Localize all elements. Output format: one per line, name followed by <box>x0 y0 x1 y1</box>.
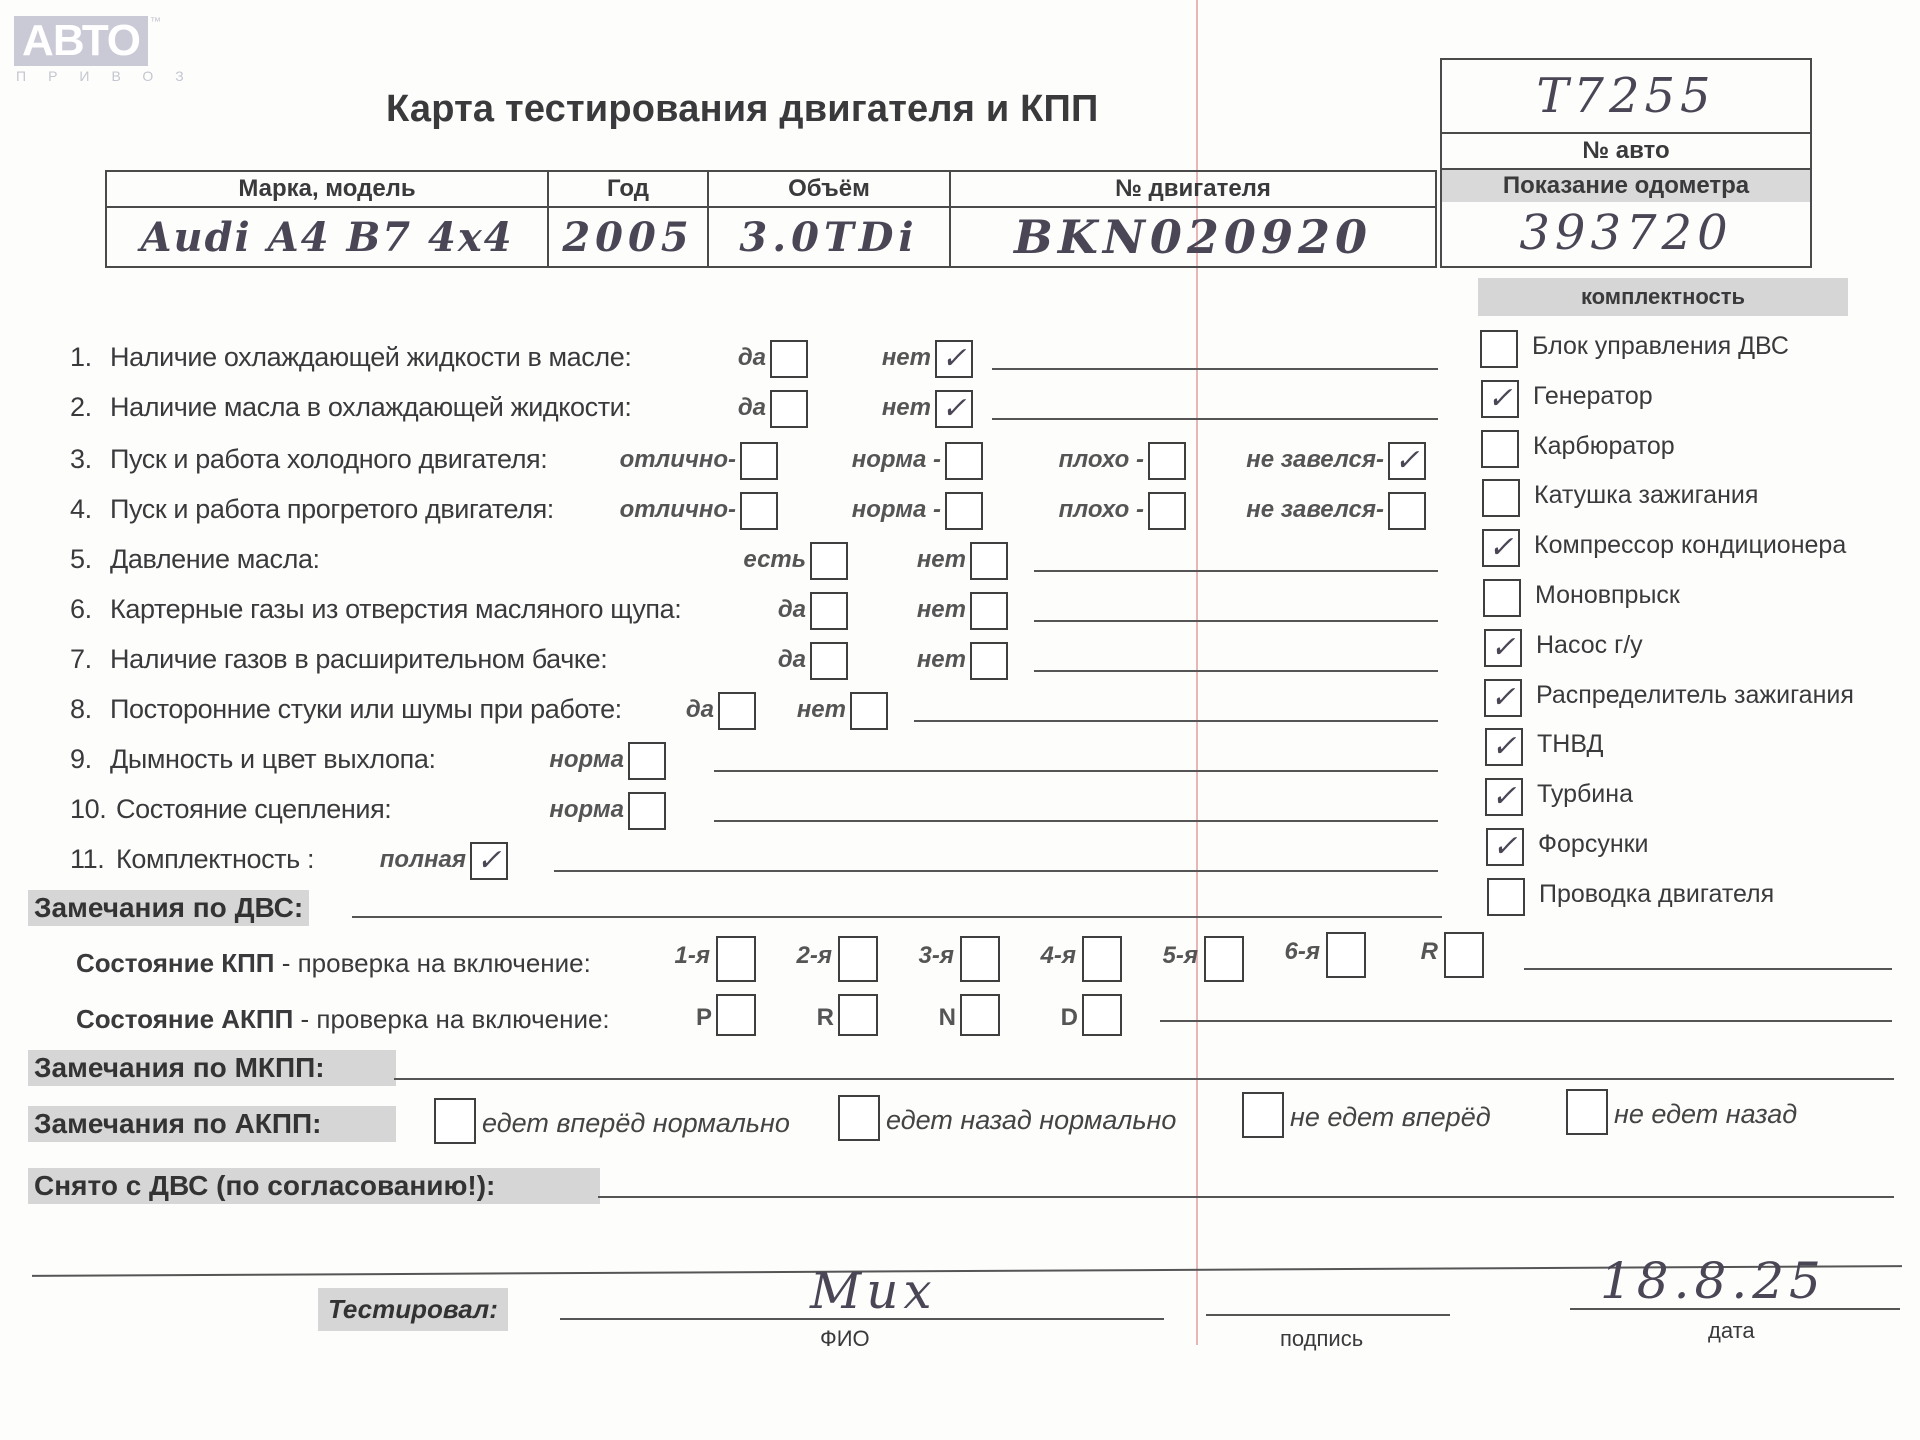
question-text: Наличие газов в расширительном бачке: <box>110 644 607 675</box>
checkbox[interactable] <box>740 442 778 480</box>
date-line[interactable] <box>1570 1308 1900 1310</box>
option-label: нет <box>882 344 931 372</box>
checkbox[interactable] <box>628 792 666 830</box>
logo-subtitle: ПРИВОЗ <box>16 68 206 84</box>
remark-line[interactable] <box>554 870 1438 872</box>
gear-checkbox[interactable] <box>1204 936 1244 982</box>
checkbox[interactable]: ✓ <box>935 340 973 378</box>
tester-name-line[interactable] <box>560 1318 1164 1320</box>
logo-trademark: ™ <box>150 16 161 28</box>
kit-checkbox[interactable]: ✓ <box>1485 778 1523 816</box>
option-label: плохо - <box>1059 446 1144 474</box>
kit-checkbox[interactable]: ✓ <box>1484 629 1522 667</box>
option-label: нет <box>917 546 966 574</box>
remark-line[interactable] <box>1034 570 1438 572</box>
checkbox[interactable] <box>810 592 848 630</box>
gear-label: P <box>696 1004 712 1032</box>
gear-checkbox[interactable] <box>838 936 878 982</box>
question-number: 9. <box>70 744 92 775</box>
gear-checkbox[interactable] <box>960 936 1000 982</box>
kit-checkbox[interactable] <box>1482 479 1520 517</box>
signature-line[interactable] <box>1206 1314 1450 1316</box>
remark-line[interactable] <box>714 820 1438 822</box>
tested-label: Тестировал: <box>318 1288 508 1331</box>
date-caption: дата <box>1708 1318 1755 1344</box>
question-text: Посторонние стуки или шумы при работе: <box>110 694 622 725</box>
option-label: не завелся- <box>1246 446 1384 474</box>
option-label: норма - <box>852 446 941 474</box>
gear-checkbox[interactable] <box>838 994 878 1036</box>
checkbox[interactable] <box>970 542 1008 580</box>
checkbox[interactable] <box>770 390 808 428</box>
kit-item-label: Карбюратор <box>1533 432 1675 461</box>
gear-label: 6-я <box>1285 938 1320 966</box>
gear-checkbox[interactable] <box>1082 936 1122 982</box>
question-text: Картерные газы из отверстия масляного щу… <box>110 594 681 625</box>
signature-caption: подпись <box>1280 1326 1363 1352</box>
option-label: да <box>778 596 806 624</box>
kit-item-label: Проводка двигателя <box>1539 880 1774 909</box>
remark-line[interactable] <box>1034 670 1438 672</box>
page-title: Карта тестирования двигателя и КПП <box>386 88 1099 131</box>
manual-gearbox-label-rest: - проверка на включение: <box>275 948 591 978</box>
gear-checkbox[interactable] <box>716 994 756 1036</box>
question-text: Наличие масла в охлаждающей жидкости: <box>110 392 631 423</box>
option-label: да <box>778 646 806 674</box>
question-number: 6. <box>70 594 92 625</box>
option-label: нет <box>797 696 846 724</box>
kit-item-label: Генератор <box>1533 382 1653 411</box>
manual-remarks-line[interactable] <box>394 1078 1894 1080</box>
auto-number-value[interactable]: T7255 <box>1442 60 1810 134</box>
question-number: 3. <box>70 444 92 475</box>
akpp-checkbox[interactable] <box>1242 1092 1284 1138</box>
year-value[interactable]: 2005 <box>548 207 708 267</box>
kit-item-label: Форсунки <box>1538 830 1649 859</box>
question-text: Давление масла: <box>110 544 320 575</box>
date-value[interactable]: 18.8.25 <box>1600 1252 1826 1310</box>
odometer-value[interactable]: 393720 <box>1442 202 1810 264</box>
manual-remarks-label: Замечания по МКПП: <box>28 1050 396 1086</box>
option-label: отлично- <box>620 496 736 524</box>
remark-line[interactable] <box>992 418 1438 420</box>
kit-checkbox[interactable]: ✓ <box>1485 728 1523 766</box>
checkbox[interactable] <box>1148 442 1186 480</box>
gear-label: 2-я <box>797 942 832 970</box>
checkbox[interactable]: ✓ <box>470 842 508 880</box>
question-number: 11. <box>70 844 104 875</box>
question-number: 10. <box>70 794 106 825</box>
auto-remarks-label: Замечания по АКПП: <box>28 1106 396 1142</box>
vehicle-info-table: Марка, модель Год Объём № двигателя Audi… <box>105 170 1437 268</box>
gear-checkbox[interactable] <box>1326 932 1366 978</box>
col-year: Год <box>548 171 708 207</box>
checkbox[interactable]: ✓ <box>935 390 973 428</box>
auto-gearbox-label-rest: - проверка на включение: <box>293 1004 609 1034</box>
gear-label: D <box>1061 1004 1078 1032</box>
checkbox[interactable] <box>718 692 756 730</box>
engine-remarks-label: Замечания по ДВС: <box>28 890 309 926</box>
make-model-value[interactable]: Audi A4 B7 4x4 <box>106 207 548 267</box>
col-engine-number: № двигателя <box>950 171 1436 207</box>
option-label: не завелся- <box>1246 496 1384 524</box>
tester-name-value[interactable]: Мих <box>810 1262 937 1320</box>
akpp-checkbox[interactable] <box>434 1098 476 1144</box>
auto-gearbox-label-bold: Состояние АКПП <box>76 1004 293 1034</box>
kit-checkbox[interactable]: ✓ <box>1481 380 1519 418</box>
odometer-label: Показание одометра <box>1442 170 1810 202</box>
col-volume: Объём <box>708 171 950 207</box>
option-label: нет <box>917 596 966 624</box>
gear-label: 3-я <box>919 942 954 970</box>
kit-item-label: Блок управления ДВС <box>1532 332 1789 361</box>
checkbox[interactable] <box>970 642 1008 680</box>
checkbox[interactable] <box>740 492 778 530</box>
question-text: Пуск и работа холодного двигателя: <box>110 444 547 475</box>
option-label: полная <box>380 846 466 874</box>
auto-info-box: T7255 № авто Показание одометра 393720 <box>1440 58 1812 268</box>
question-text: Комплектность : <box>116 844 314 875</box>
question-number: 2. <box>70 392 92 423</box>
akpp-checkbox[interactable] <box>838 1095 880 1141</box>
question-number: 1. <box>70 342 92 373</box>
kit-item-label: Турбина <box>1537 780 1633 809</box>
gear-label: 1-я <box>675 942 710 970</box>
checkbox[interactable]: ✓ <box>1388 442 1426 480</box>
checkbox[interactable] <box>770 340 808 378</box>
option-label: норма <box>549 796 624 824</box>
question-text: Дымность и цвет выхлопа: <box>110 744 436 775</box>
remark-line[interactable] <box>914 720 1438 722</box>
option-label: есть <box>743 546 806 574</box>
kit-item-label: Компрессор кондиционера <box>1534 531 1846 560</box>
kit-checkbox[interactable] <box>1487 878 1525 916</box>
engine-number-value[interactable]: BKN020920 <box>950 207 1436 267</box>
gear-checkbox[interactable] <box>716 936 756 982</box>
option-label: да <box>738 394 766 422</box>
remark-line[interactable] <box>714 770 1438 772</box>
manual-gearbox-label: Состояние КПП - проверка на включение: <box>76 948 591 979</box>
kit-item-label: Катушка зажигания <box>1534 481 1758 510</box>
question-number: 8. <box>70 694 92 725</box>
kit-checkbox[interactable] <box>1480 330 1518 368</box>
question-text: Наличие охлаждающей жидкости в масле: <box>110 342 631 373</box>
question-text: Состояние сцепления: <box>116 794 391 825</box>
question-text: Пуск и работа прогретого двигателя: <box>110 494 554 525</box>
engine-remarks-line[interactable] <box>352 916 1442 918</box>
option-label: да <box>738 344 766 372</box>
gear-label: 5-я <box>1163 942 1198 970</box>
remark-line[interactable] <box>1034 620 1438 622</box>
gear-label: R <box>817 1004 834 1032</box>
removed-line[interactable] <box>598 1196 1894 1198</box>
option-label: норма - <box>852 496 941 524</box>
option-label: норма <box>549 746 624 774</box>
checkbox[interactable] <box>850 692 888 730</box>
checkbox[interactable] <box>810 542 848 580</box>
remark-line[interactable] <box>992 368 1438 370</box>
gear-checkbox[interactable] <box>960 994 1000 1036</box>
col-make-model: Марка, модель <box>106 171 548 207</box>
removed-label: Снято с ДВС (по согласованию!): <box>28 1168 600 1204</box>
checkbox[interactable] <box>628 742 666 780</box>
kit-item-label: Распределитель зажигания <box>1536 681 1854 710</box>
option-label: нет <box>917 646 966 674</box>
option-label: нет <box>882 394 931 422</box>
auto-number-label: № авто <box>1442 134 1810 170</box>
checkbox[interactable] <box>945 492 983 530</box>
gear-label: N <box>939 1004 956 1032</box>
question-number: 5. <box>70 544 92 575</box>
akpp-option-label: едет вперёд нормально <box>482 1108 790 1139</box>
kit-item-label: Моновпрыск <box>1535 581 1680 610</box>
option-label: плохо - <box>1059 496 1144 524</box>
kit-checkbox[interactable]: ✓ <box>1486 828 1524 866</box>
gear-label: 4-я <box>1041 942 1076 970</box>
kit-item-label: ТНВД <box>1537 730 1603 759</box>
gear-label: R <box>1421 938 1438 966</box>
manual-gearbox-label-bold: Состояние КПП <box>76 948 275 978</box>
option-label: отлично- <box>620 446 736 474</box>
question-number: 7. <box>70 644 92 675</box>
checkbox[interactable] <box>810 642 848 680</box>
kit-item-label: Насос г/у <box>1536 631 1643 660</box>
akpp-checkbox[interactable] <box>1566 1089 1608 1135</box>
kit-checkbox[interactable]: ✓ <box>1484 679 1522 717</box>
kit-heading: комплектность <box>1478 278 1848 316</box>
gear-checkbox[interactable] <box>1082 994 1122 1036</box>
gear-checkbox[interactable] <box>1444 932 1484 978</box>
checkbox[interactable] <box>1148 492 1186 530</box>
volume-value[interactable]: 3.0TDi <box>708 207 950 267</box>
kit-checkbox[interactable] <box>1483 579 1521 617</box>
kit-checkbox[interactable] <box>1481 430 1519 468</box>
checkbox[interactable] <box>1388 492 1426 530</box>
manual-gearbox-line[interactable] <box>1524 968 1892 970</box>
auto-gearbox-line[interactable] <box>1160 1020 1892 1022</box>
checkbox[interactable] <box>945 442 983 480</box>
auto-gearbox-label: Состояние АКПП - проверка на включение: <box>76 1004 610 1035</box>
checkbox[interactable] <box>970 592 1008 630</box>
name-caption: ФИО <box>820 1326 870 1352</box>
question-number: 4. <box>70 494 92 525</box>
akpp-option-label: не едет назад <box>1614 1099 1797 1130</box>
kit-checkbox[interactable]: ✓ <box>1482 529 1520 567</box>
akpp-option-label: едет назад нормально <box>886 1105 1176 1136</box>
logo: АВТО <box>14 16 148 66</box>
akpp-option-label: не едет вперёд <box>1290 1102 1491 1133</box>
option-label: да <box>686 696 714 724</box>
